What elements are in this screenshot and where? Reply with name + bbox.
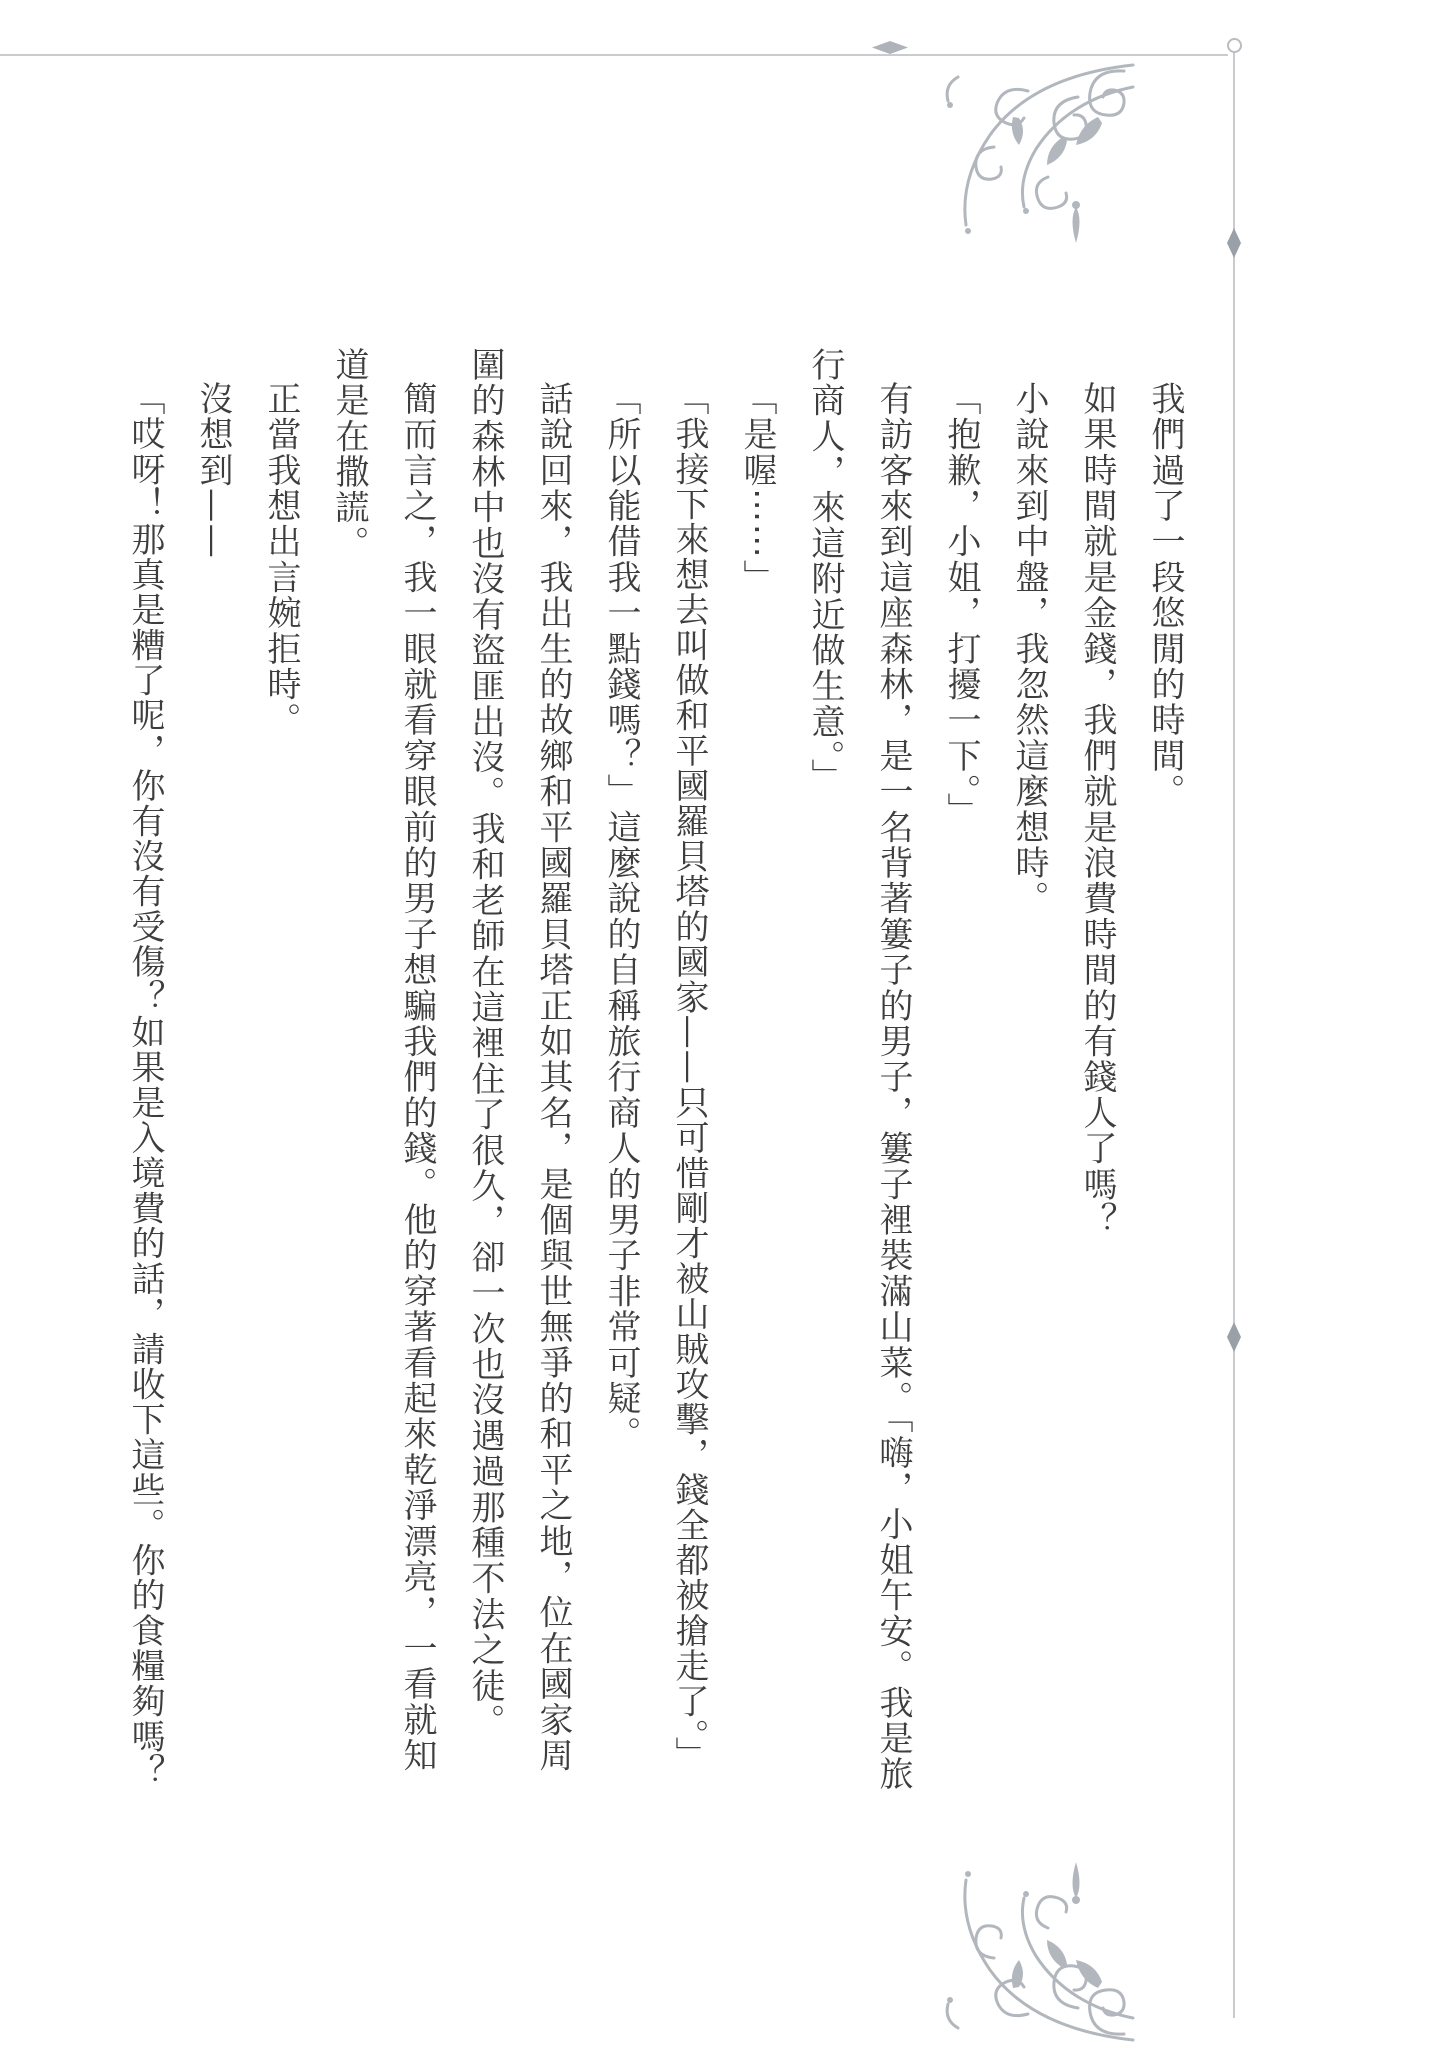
ring-finial-icon bbox=[1227, 38, 1242, 53]
paragraph: 簡而言之，我一眼就看穿眼前的男子想騙我們的錢。他的穿著看起來乾淨漂亮，一看就知道… bbox=[315, 347, 451, 1795]
text-block: 我們過了一段悠閒的時間。如果時間就是金錢，我們就是浪費時間的有錢人了嗎？小說來到… bbox=[99, 347, 1199, 1795]
paragraph: 有訪客來到這座森林，是一名背著簍子的男子，簍子裡裝滿山菜。「嗨，小姐午安。我是旅… bbox=[791, 347, 927, 1795]
paragraph: 「我接下來想去叫做和平國羅貝塔的國家——只可惜剛才被山賊攻擊，錢全都被搶走了。」 bbox=[655, 347, 723, 1795]
paragraph: 沒想到—— bbox=[179, 347, 247, 1795]
paragraph: 「抱歉，小姐，打擾一下。」 bbox=[927, 347, 995, 1795]
paragraph: 話說回來，我出生的故鄉和平國羅貝塔正如其名，是個與世無爭的和平之地，位在國家周圍… bbox=[451, 347, 587, 1795]
paragraph: 「哎呀！那真是糟了呢，你有沒有受傷？如果是入境費的話，請收下這些。你的食糧夠嗎？ bbox=[111, 347, 179, 1795]
paragraph: 正當我想出言婉拒時。 bbox=[247, 347, 315, 1795]
right-side-rule bbox=[1233, 50, 1235, 2018]
corner-flourish-top-right-icon bbox=[928, 57, 1138, 247]
corner-flourish-bottom-right-icon bbox=[928, 1858, 1138, 2048]
upper-diamond-icon bbox=[1227, 228, 1241, 258]
top-rule bbox=[0, 54, 1228, 56]
paragraph: 如果時間就是金錢，我們就是浪費時間的有錢人了嗎？ bbox=[1063, 347, 1131, 1795]
horizontal-diamond-icon bbox=[872, 41, 908, 54]
book-page: { "page": { "language": "zh-Hant", "writ… bbox=[0, 0, 1440, 2048]
lower-diamond-icon bbox=[1227, 1322, 1241, 1352]
paragraph: 「是喔⋯⋯」 bbox=[723, 347, 791, 1795]
paragraph: 我們過了一段悠閒的時間。 bbox=[1131, 347, 1199, 1795]
paragraph: 小說來到中盤，我忽然這麼想時。 bbox=[995, 347, 1063, 1795]
paragraph: 「所以能借我一點錢嗎？」這麼說的自稱旅行商人的男子非常可疑。 bbox=[587, 347, 655, 1795]
